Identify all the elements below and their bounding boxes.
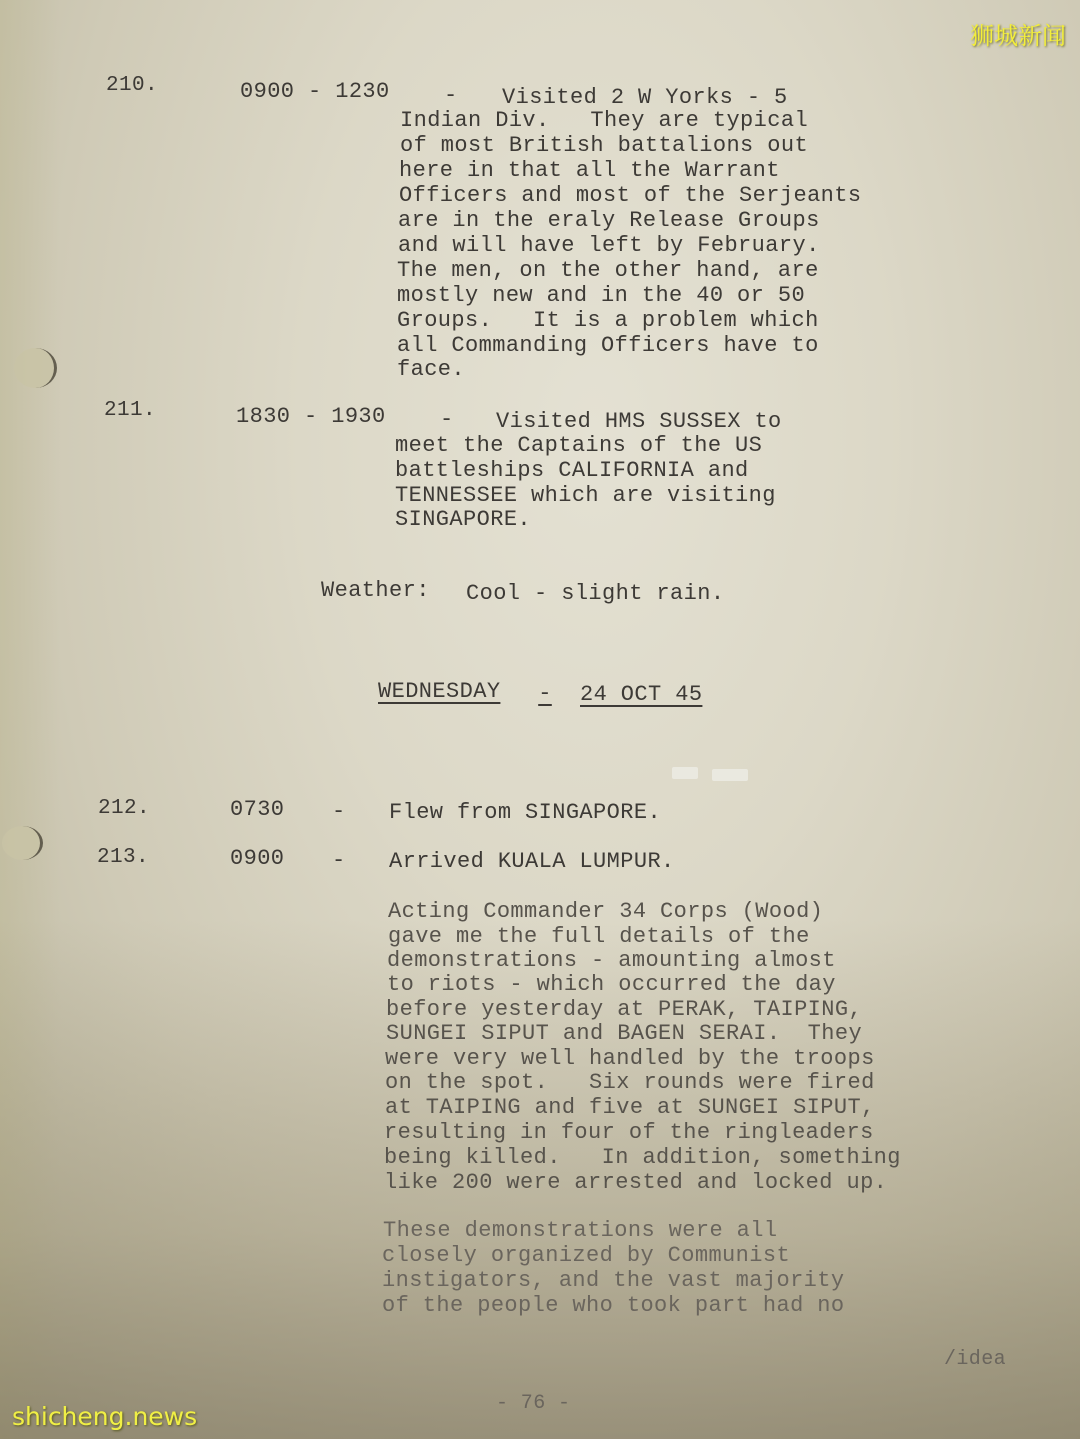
paragraph-line: closely organized by Communist [382, 1244, 790, 1269]
watermark-chinese: 狮城新闻 [970, 16, 1066, 51]
entry-dash: - [444, 84, 458, 109]
entry-number: 210. [106, 74, 158, 99]
entry-time: 0730 [230, 798, 284, 823]
watermark-site: shicheng.news [12, 1402, 197, 1431]
paragraph-line: were very well handled by the troops [385, 1047, 875, 1072]
weather-label: Weather: [321, 579, 430, 604]
entry-text-line: Visited HMS SUSSEX to [496, 410, 782, 435]
paragraph-line: instigators, and the vast majority [382, 1269, 844, 1294]
day-heading-day: WEDNESDAY [378, 680, 500, 705]
entry-text-line: Visited 2 W Yorks - 5 [502, 86, 788, 111]
paragraph-line: gave me the full details of the [388, 925, 810, 950]
entry-text-line: battleships CALIFORNIA and [395, 459, 749, 484]
entry-text-line: all Commanding Officers have to [397, 334, 819, 359]
light-glare [672, 767, 698, 779]
entry-number: 212. [98, 797, 150, 822]
entry-text-line: The men, on the other hand, are [397, 259, 819, 284]
entry-text-line: of most British battalions out [400, 134, 808, 159]
paragraph-line: These demonstrations were all [383, 1219, 777, 1244]
paragraph-line: resulting in four of the ringleaders [384, 1121, 874, 1146]
day-heading-separator: - [510, 682, 580, 707]
paragraph-line: to riots - which occurred the day [387, 973, 836, 998]
page-number: - 76 - [496, 1392, 570, 1417]
entry-text-line: here in that all the Warrant [399, 159, 780, 184]
catchword: /idea [944, 1348, 1006, 1373]
paragraph-line: at TAIPING and five at SUNGEI SIPUT, [385, 1096, 875, 1121]
entry-dash: - [332, 800, 346, 825]
paragraph-line: being killed. In addition, something [384, 1146, 901, 1171]
punch-hole-upper [14, 348, 57, 388]
entry-number: 211. [104, 399, 156, 424]
paper-edge-shading [0, 0, 60, 1439]
entry-text-line: Arrived KUALA LUMPUR. [389, 850, 675, 875]
entry-text-line: mostly new and in the 40 or 50 [397, 284, 805, 309]
paragraph-line: SUNGEI SIPUT and BAGEN SERAI. They [386, 1022, 862, 1047]
entry-time: 0900 - 1230 [240, 80, 390, 105]
entry-text-line: TENNESSEE which are visiting [395, 484, 776, 509]
paragraph-line: like 200 were arrested and locked up. [384, 1171, 887, 1196]
paragraph-line: demonstrations - amounting almost [387, 949, 836, 974]
entry-text-line: Indian Div. They are typical [400, 109, 808, 134]
day-heading-date: 24 OCT 45 [580, 683, 702, 708]
entry-text-line: Groups. It is a problem which [397, 309, 819, 334]
entry-number: 213. [97, 846, 149, 871]
entry-text-line: SINGAPORE. [395, 508, 531, 533]
entry-dash: - [332, 849, 346, 874]
entry-time: 0900 [230, 847, 284, 872]
punch-hole-lower [2, 826, 43, 860]
entry-text-line: face. [397, 358, 465, 383]
entry-text-line: are in the eraly Release Groups [398, 209, 820, 234]
entry-text-line: meet the Captains of the US [395, 434, 762, 459]
paragraph-line: of the people who took part had no [382, 1294, 844, 1319]
light-glare [712, 769, 748, 781]
entry-dash: - [440, 408, 454, 433]
entry-text-line: and will have left by February. [398, 234, 820, 259]
paragraph-line: before yesterday at PERAK, TAIPING, [386, 998, 862, 1023]
paragraph-line: Acting Commander 34 Corps (Wood) [388, 900, 823, 925]
entry-text-line: Flew from SINGAPORE. [389, 801, 661, 826]
paragraph-line: on the spot. Six rounds were fired [385, 1071, 875, 1096]
entry-time: 1830 - 1930 [236, 405, 386, 430]
entry-text-line: Officers and most of the Serjeants [399, 184, 861, 209]
weather-value: Cool - slight rain. [466, 582, 724, 607]
